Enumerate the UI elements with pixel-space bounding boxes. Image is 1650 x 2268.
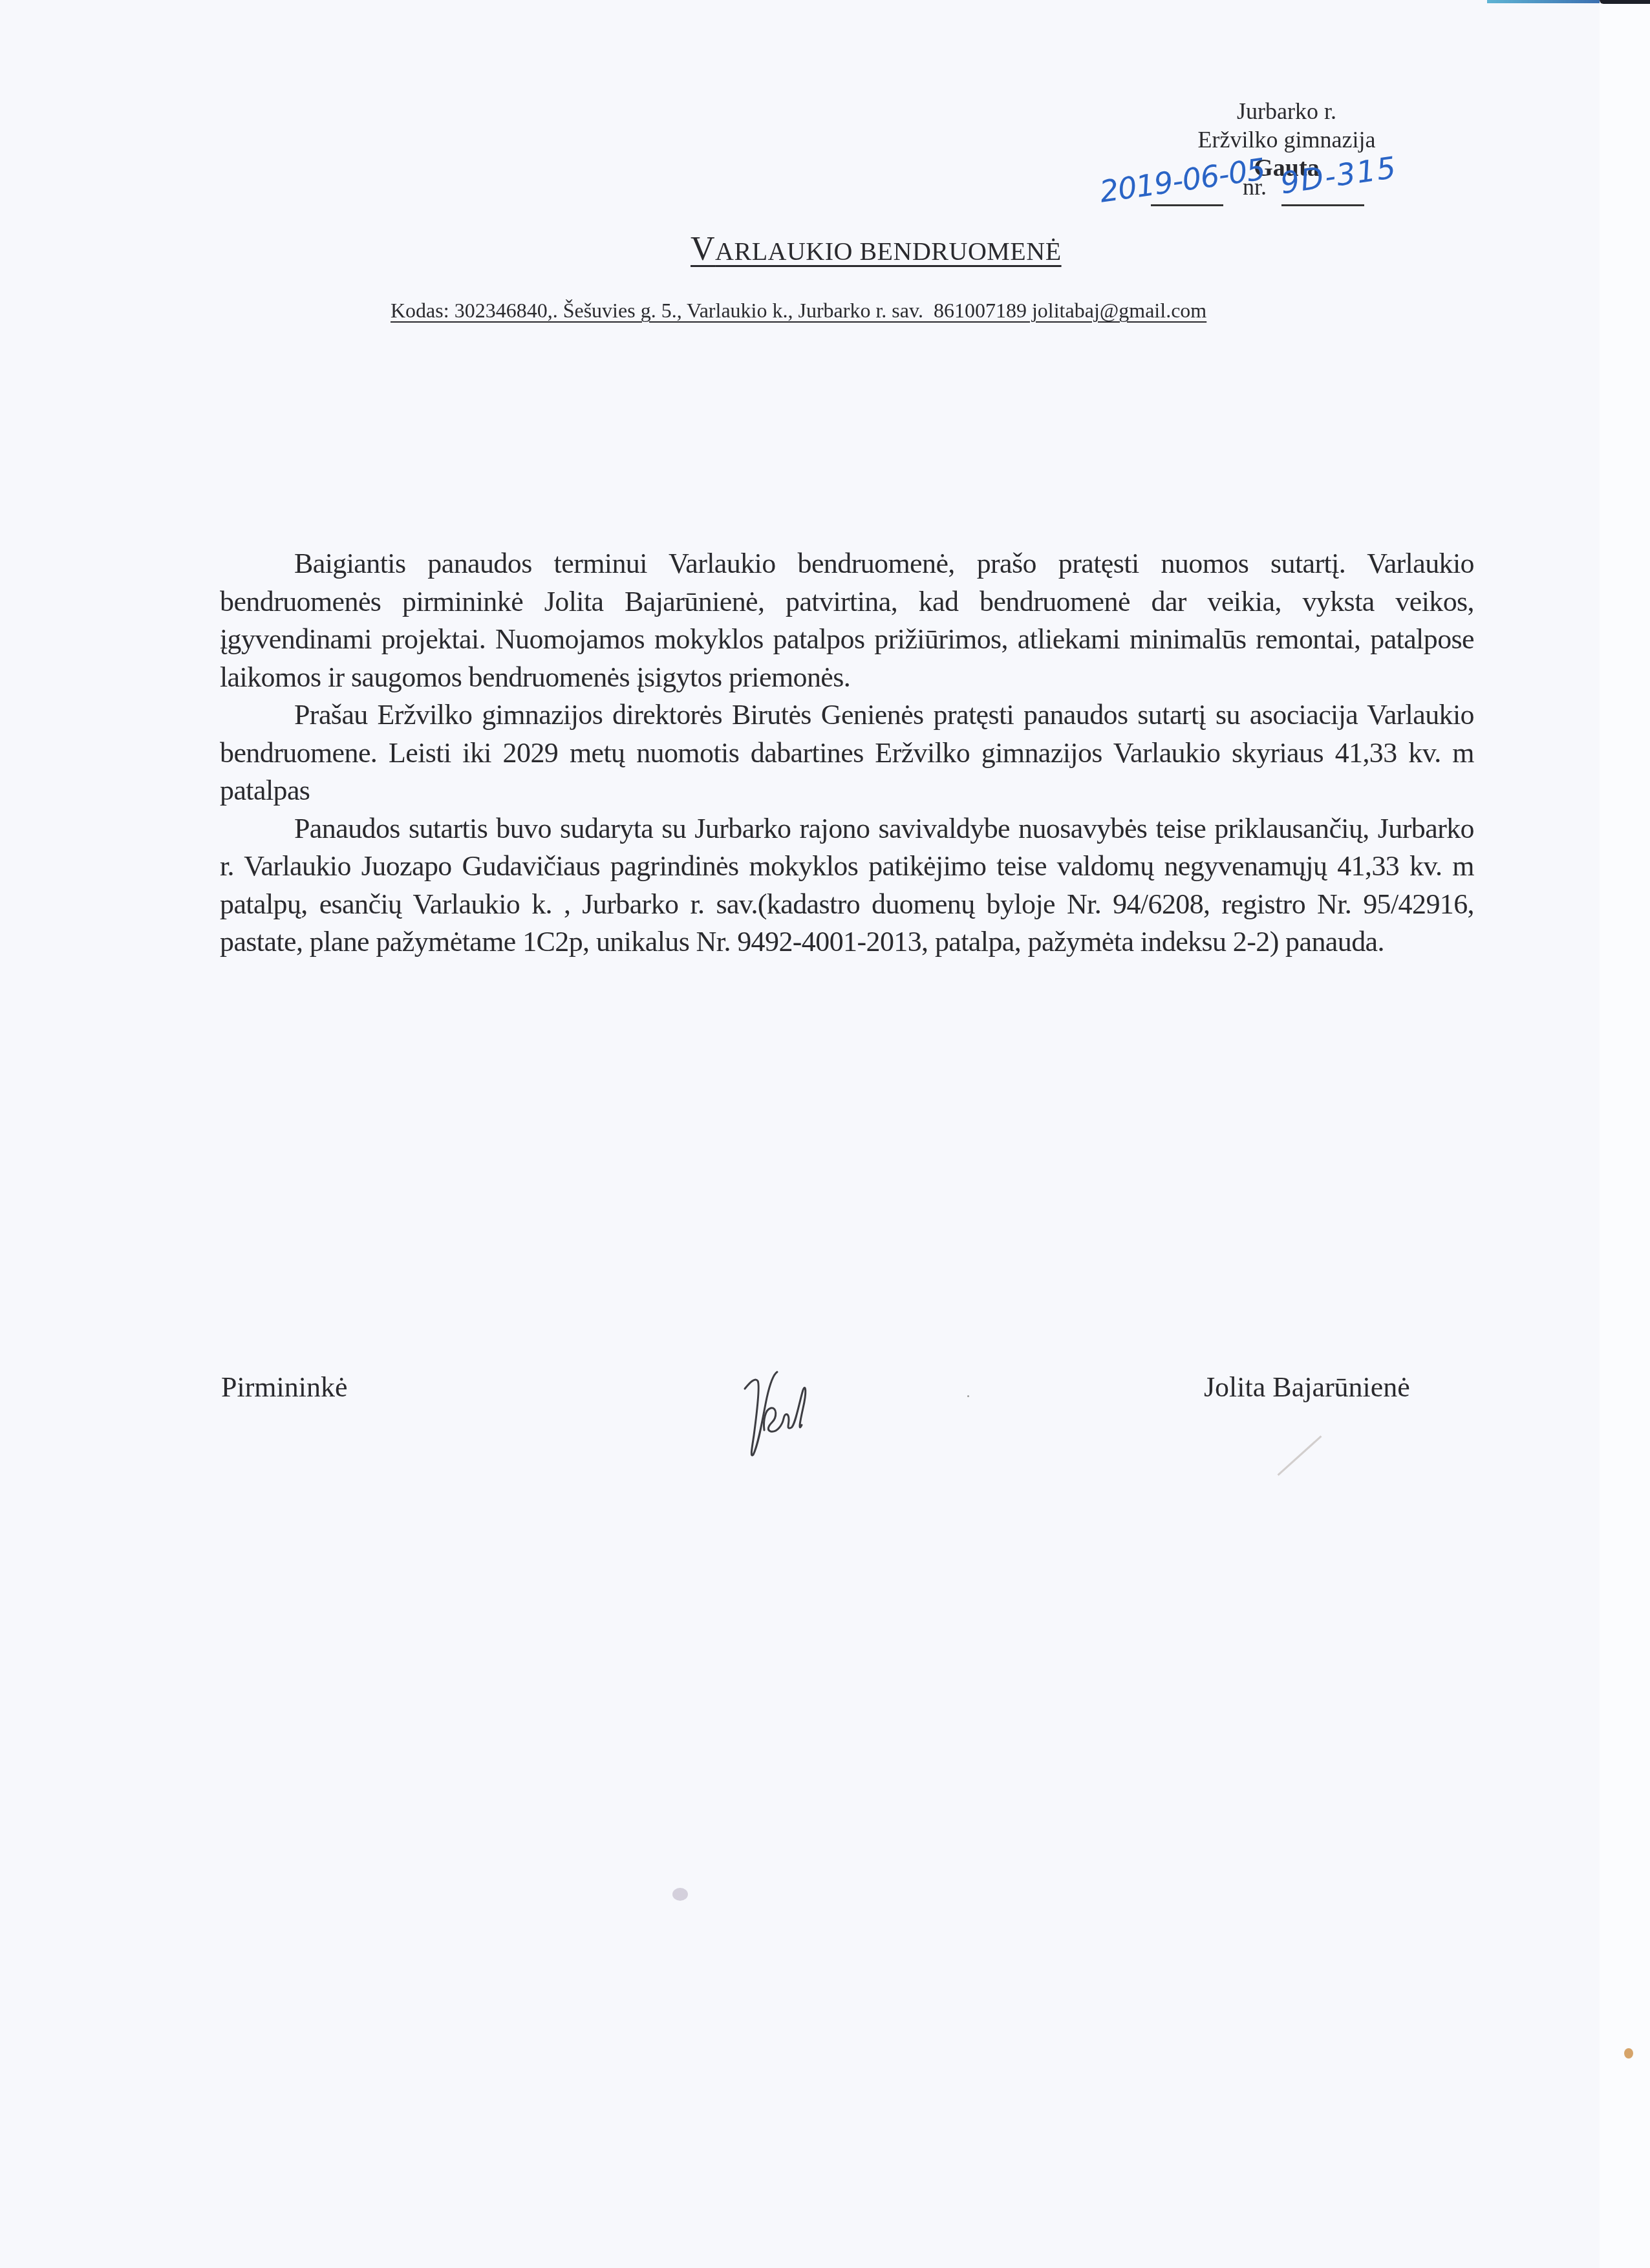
stamp-registration-row: 2019-06-05 nr. 9D-315 — [1099, 167, 1435, 206]
stamp-nr-label: nr. — [1243, 173, 1267, 200]
date-underline — [1151, 204, 1223, 206]
scan-speck — [1624, 2048, 1633, 2059]
body-paragraph: Baigiantis panaudos terminui Varlaukio b… — [220, 545, 1474, 696]
signatory-role: Pirmininkė — [221, 1371, 348, 1404]
body-paragraph: Panaudos sutartis buvo sudaryta su Jurba… — [220, 810, 1474, 961]
scan-speck — [672, 1888, 688, 1901]
body-paragraph: Prašau Eržvilko gimnazijos direktorės Bi… — [220, 696, 1474, 810]
handwritten-signature-icon — [731, 1358, 841, 1468]
scan-speck — [967, 1395, 969, 1397]
stamp-district: Jurbarko r. — [1151, 97, 1422, 125]
number-underline — [1281, 204, 1364, 206]
document-page: Jurbarko r. Eržvilko gimnazija Gauta 201… — [0, 0, 1650, 2268]
stamp-institution: Eržvilko gimnazija — [1151, 125, 1422, 154]
scan-edge-strip — [1600, 4, 1650, 2268]
organization-contact-line: Kodas: 302346840,. Šešuvies g. 5., Varla… — [391, 299, 1206, 323]
letter-body: Baigiantis panaudos terminui Varlaukio b… — [220, 545, 1474, 961]
scan-pencil-mark — [1278, 1435, 1322, 1475]
scan-edge-artifact — [1487, 0, 1600, 3]
signatory-name: Jolita Bajarūnienė — [1204, 1371, 1410, 1404]
organization-title: VARLAUKIO BENDRUOMENĖ — [691, 230, 1062, 268]
